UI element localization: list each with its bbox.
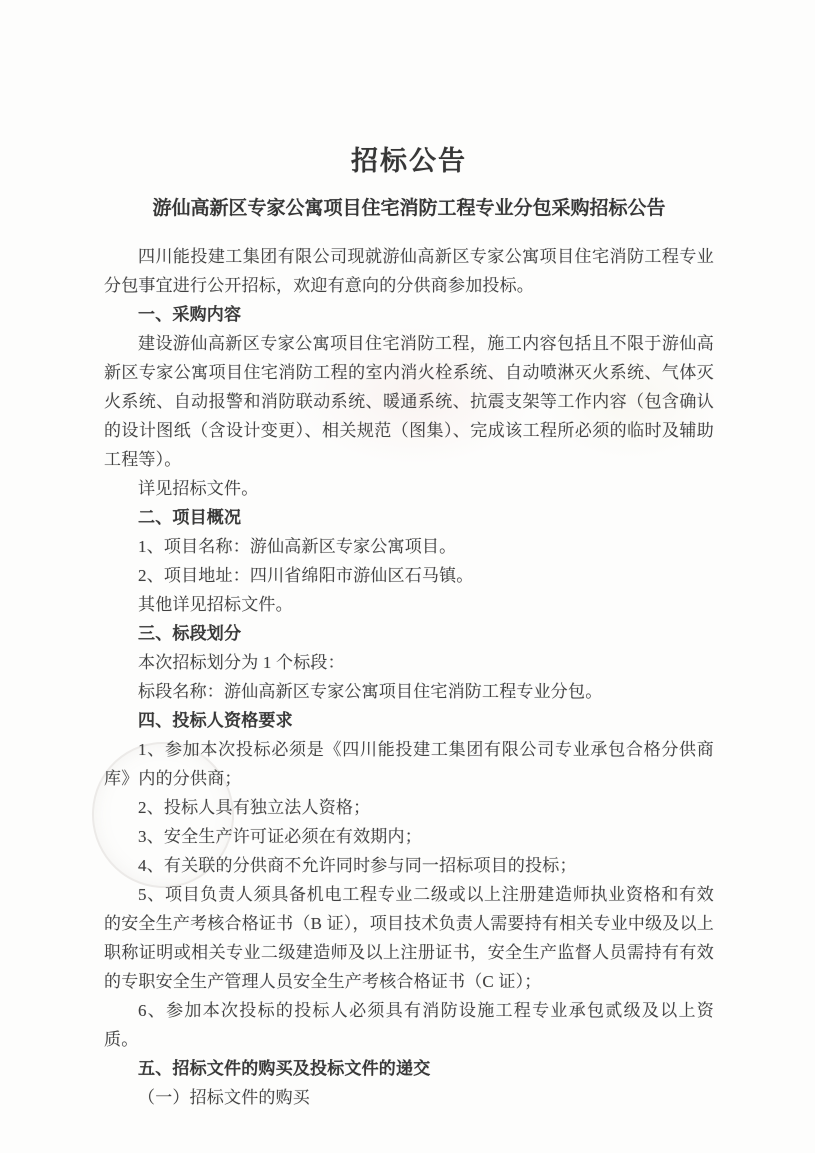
paragraph-procurement-scope: 建设游仙高新区专家公寓项目住宅消防工程，施工内容包括且不限于游仙高新区专家公寓项… — [104, 329, 714, 474]
paragraph-qualification-4: 4、有关联的分供商不允许同时参与同一招标项目的投标； — [104, 851, 714, 880]
paragraph-qualification-1: 1、参加本次投标必须是《四川能投建工集团有限公司专业承包合格分供商库》内的分供商… — [104, 735, 714, 793]
section-heading-project-overview: 二、项目概况 — [104, 503, 714, 532]
scanned-document-page: 招标公告 游仙高新区专家公寓项目住宅消防工程专业分包采购招标公告 四川能投建工集… — [0, 0, 815, 1153]
document-content: 招标公告 游仙高新区专家公寓项目住宅消防工程专业分包采购招标公告 四川能投建工集… — [104, 140, 714, 1112]
paragraph-section-count: 本次招标划分为 1 个标段： — [104, 648, 714, 677]
paragraph-see-tender-docs: 详见招标文件。 — [104, 474, 714, 503]
paragraph-project-name: 1、项目名称：游仙高新区专家公寓项目。 — [104, 532, 714, 561]
section-heading-bid-sections: 三、标段划分 — [104, 619, 714, 648]
paragraph-intro: 四川能投建工集团有限公司现就游仙高新区专家公寓项目住宅消防工程专业分包事宜进行公… — [104, 242, 714, 300]
section-heading-document-purchase-submission: 五、招标文件的购买及投标文件的递交 — [104, 1054, 714, 1083]
section-heading-procurement-content: 一、采购内容 — [104, 300, 714, 329]
paragraph-subsection-document-purchase: （一）招标文件的购买 — [104, 1083, 714, 1112]
paragraph-other-details: 其他详见招标文件。 — [104, 590, 714, 619]
paragraph-section-name: 标段名称：游仙高新区专家公寓项目住宅消防工程专业分包。 — [104, 677, 714, 706]
paragraph-qualification-3: 3、安全生产许可证必须在有效期内； — [104, 822, 714, 851]
paragraph-qualification-5: 5、项目负责人须具备机电工程专业二级或以上注册建造师执业资格和有效的安全生产考核… — [104, 880, 714, 996]
document-title: 招标公告 — [104, 140, 714, 182]
paragraph-qualification-2: 2、投标人具有独立法人资格； — [104, 793, 714, 822]
paragraph-qualification-6: 6、参加本次投标的投标人必须具有消防设施工程专业承包贰级及以上资质。 — [104, 996, 714, 1054]
document-subtitle: 游仙高新区专家公寓项目住宅消防工程专业分包采购招标公告 — [104, 194, 714, 224]
paragraph-project-address: 2、项目地址：四川省绵阳市游仙区石马镇。 — [104, 561, 714, 590]
section-heading-bidder-qualifications: 四、投标人资格要求 — [104, 706, 714, 735]
